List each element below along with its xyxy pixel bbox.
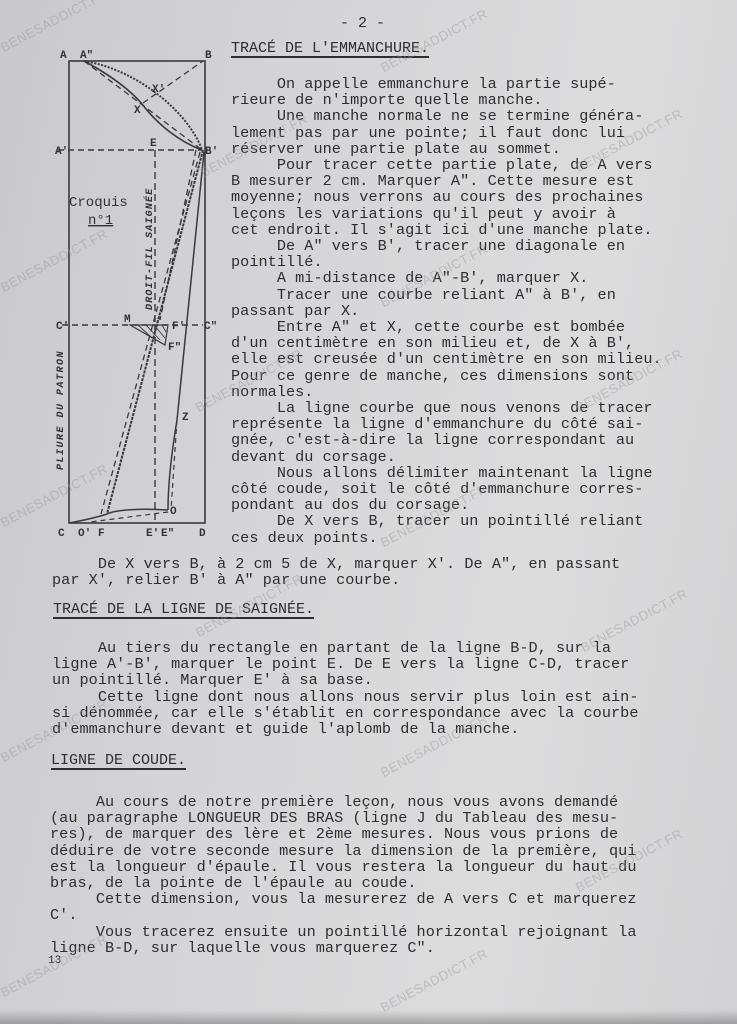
label-E1: E'	[146, 528, 159, 540]
page-bottom-edge	[0, 1010, 737, 1024]
label-F2: F"	[168, 342, 181, 354]
label-Z: Z	[182, 412, 189, 424]
label-M: M	[124, 314, 131, 326]
label-X: X	[134, 105, 141, 117]
label-X1: X'	[152, 84, 165, 96]
grain-label-droit-fil-saignee: DROIT-FIL SAIGNÉE	[142, 188, 156, 310]
label-D: D	[199, 528, 206, 540]
section-body-ligne-de-saignee: Au tiers du rectangle en partant de la l…	[52, 640, 639, 737]
label-A1: A'	[55, 146, 68, 158]
page-number: - 2 -	[340, 15, 385, 32]
section-body-ligne-de-coude: Au cours de notre première leçon, nous v…	[50, 794, 637, 956]
pattern-rectangle	[69, 61, 205, 523]
label-O1: O'	[78, 528, 91, 540]
diagram-title: Croquis	[69, 195, 128, 211]
label-C1: C'	[56, 321, 69, 333]
section-heading-ligne-de-saignee: TRACÉ DE LA LIGNE DE SAIGNÉE.	[53, 601, 314, 618]
label-C: C	[58, 528, 65, 540]
label-O: O	[170, 506, 177, 518]
label-E2: E"	[161, 528, 174, 540]
label-F1: F'	[172, 321, 185, 333]
label-B: B	[205, 50, 212, 62]
section-heading-ligne-de-coude: LIGNE DE COUDE.	[51, 752, 186, 769]
label-E: E	[150, 138, 157, 150]
label-A2: A"	[80, 50, 93, 62]
section-body-emmanchure-full: De X vers B, à 2 cm 5 de X, marquer X'. …	[52, 556, 620, 588]
label-A: A	[60, 50, 67, 62]
section-body-emmanchure: On appelle emmanchure la partie supé- ri…	[231, 76, 662, 546]
label-F: F	[98, 528, 105, 540]
label-C2: C"	[204, 321, 217, 333]
side-label-pliure-du-patron: PLIURE DU PATRON	[56, 350, 67, 470]
